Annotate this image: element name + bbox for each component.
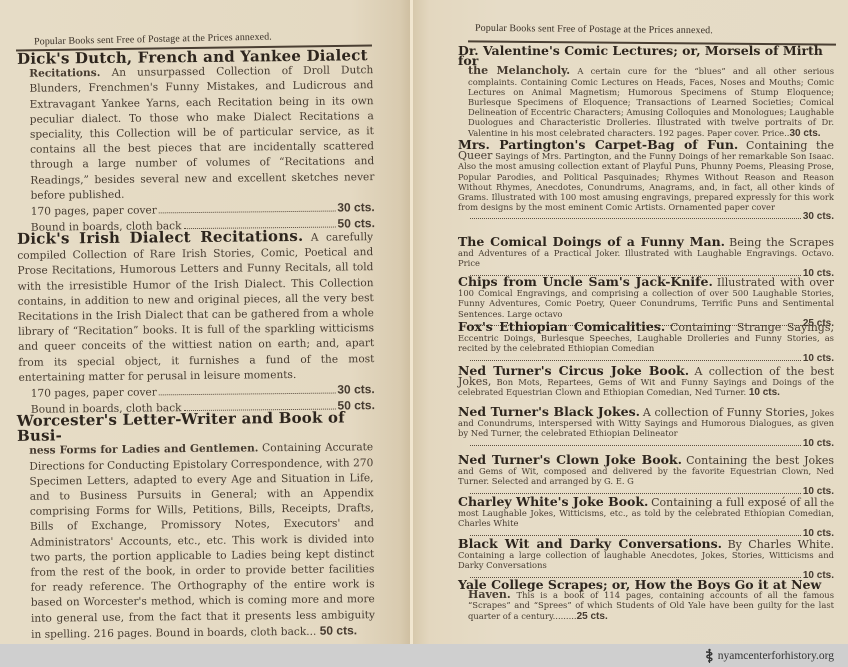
book-title: Ned Turner's Circus Joke Book. [458,363,689,378]
book-title: Dr. Valentine's Comic Lectures; or, Mors… [458,46,834,66]
book-title: Worcester's Letter-Writer and Book of Bu… [17,410,373,444]
book-description: ness Forms for Ladies and Gentlemen. Con… [17,441,375,643]
price: 50 cts. [320,623,358,637]
price: 30 cts. [337,200,375,216]
book-description: Black Wit and Darky Conversations. By Ch… [458,539,834,571]
book-entry: The Comical Doings of a Funny Man. Being… [458,237,834,279]
book-entry: Ned Turner's Circus Joke Book. A collect… [458,366,834,399]
price: 30 cts. [789,128,820,139]
book-description: Ned Turner's Black Jokes. A collection o… [458,407,834,439]
price: 10 cts. [803,439,834,449]
book-title: The Comical Doings of a Funny Man. [458,234,725,249]
book-title-cont: ness Forms for Ladies and Gentlemen. [29,443,258,457]
book-entry: Yale College Scrapes; or, How the Boys G… [458,580,834,622]
book-entry: Mrs. Partington's Carpet-Bag of Fun. Con… [458,140,834,223]
book-description: Dick's Irish Dialect Recitations. A care… [17,228,375,386]
caduceus-icon [704,648,715,664]
book-entry: Ned Turner's Black Jokes. A collection o… [458,407,834,449]
book-entry: Dr. Valentine's Comic Lectures; or, Mors… [458,46,834,139]
book-description: Recitations. An unsurpassed Collection o… [17,63,374,204]
price: 30 cts. [337,382,375,398]
book-entry: Ned Turner's Clown Joke Book. Containing… [458,455,834,497]
book-description: Mrs. Partington's Carpet-Bag of Fun. Con… [458,140,834,212]
book-entry: Black Wit and Darky Conversations. By Ch… [458,539,834,581]
book-title: Ned Turner's Clown Joke Book. [458,452,682,467]
book-description: The Comical Doings of a Funny Man. Being… [458,237,834,269]
book-entry: Dick's Irish Dialect Recitations. A care… [17,228,375,418]
book-title: Mrs. Partington's Carpet-Bag of Fun. [458,137,738,152]
book-title: Chips from Uncle Sam's Jack-Knife. [458,274,713,289]
book-description: Chips from Uncle Sam's Jack-Knife. Illus… [458,277,834,319]
price: 25 cts. [577,611,608,622]
price: 10 cts. [749,387,780,398]
book-entry: Fox's Ethiopian Comicalities. Containing… [458,322,834,364]
price-line: 30 cts. [458,212,834,222]
price: 30 cts. [803,212,834,222]
book-title: Dick's Irish Dialect Recitations. [17,227,303,248]
book-description: Ned Turner's Circus Joke Book. A collect… [458,366,834,399]
book-title: Ned Turner's Black Jokes. [458,404,640,419]
book-spread: Popular Books sent Free of Postage at th… [0,0,848,644]
book-title: Yale College Scrapes; or, How the Boys G… [458,580,834,590]
book-title: Black Wit and Darky Conversations. [458,536,722,551]
book-title-cont: Recitations. [29,67,100,80]
price-line: 10 cts. [458,439,834,449]
attribution-text: nyamcenterforhistory.org [718,650,834,662]
book-entry: Charley White's Joke Book. Containing a … [458,497,834,539]
book-title: Charley White's Joke Book. [458,494,648,509]
book-title: Fox's Ethiopian Comicalities. [458,319,665,334]
book-entry: Dick's Dutch, French and Yankee Dialect … [17,48,375,236]
book-description: Ned Turner's Clown Joke Book. Containing… [458,455,834,487]
book-description: Haven. This is a book of 114 pages, cont… [458,590,834,622]
book-gutter [410,0,413,644]
book-description: Charley White's Joke Book. Containing a … [458,497,834,529]
attribution-link[interactable]: nyamcenterforhistory.org [704,644,834,667]
price: 10 cts. [803,354,834,364]
book-description: the Melancholy. A certain cure for the “… [458,66,834,138]
book-description: Fox's Ethiopian Comicalities. Containing… [458,322,834,354]
book-entry: Worcester's Letter-Writer and Book of Bu… [17,410,375,643]
